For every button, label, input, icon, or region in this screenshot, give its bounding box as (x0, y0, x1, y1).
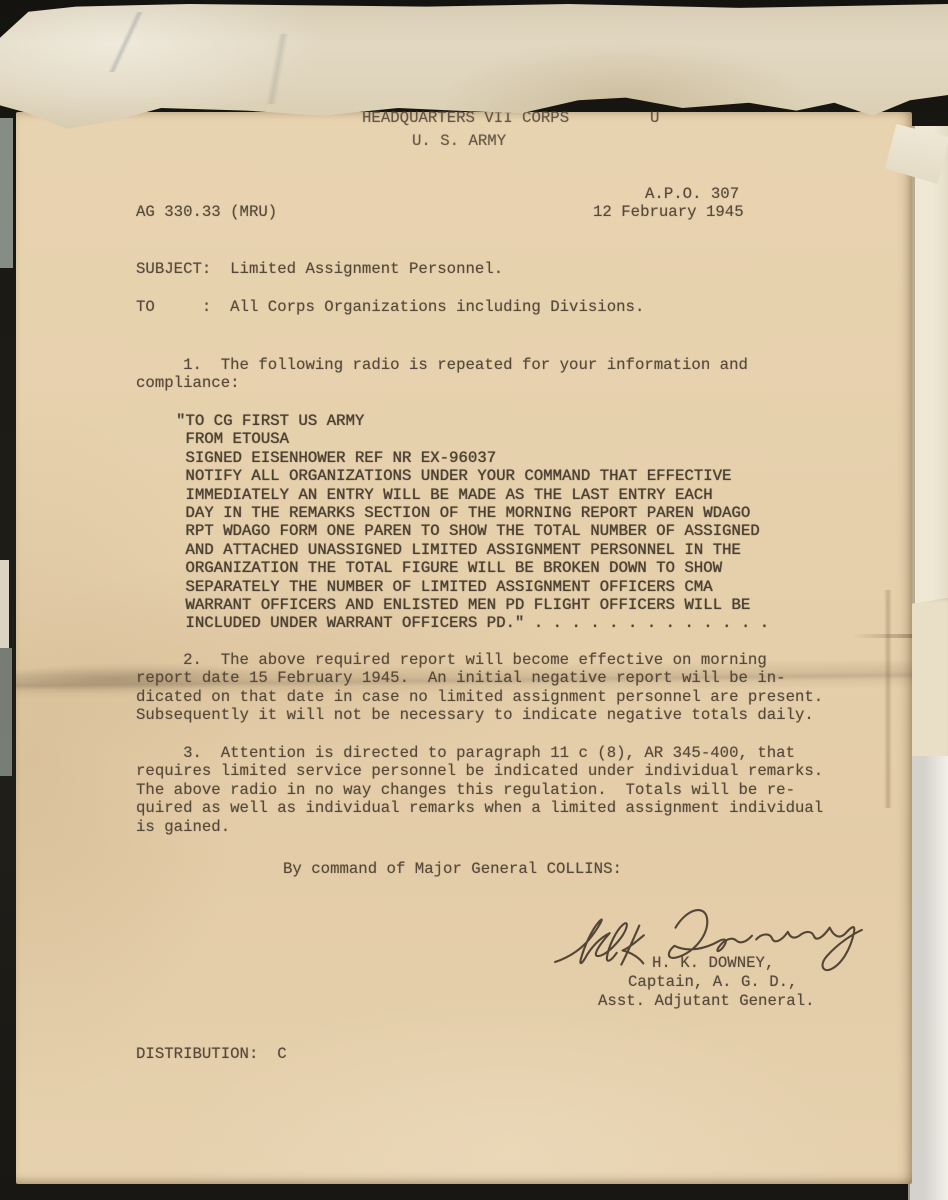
signatory-name: H. K. DOWNEY, (652, 954, 774, 972)
paragraph-3: 3. Attention is directed to paragraph 11… (136, 744, 823, 836)
command-line: By command of Major General COLLINS: (283, 860, 622, 878)
underlying-sheet-edge-lower (908, 756, 948, 1200)
page-curl-shadow (852, 634, 912, 638)
paragraph-1: 1. The following radio is repeated for y… (136, 356, 748, 393)
left-edge-sheet-sliver (0, 560, 9, 648)
left-edge-sheet-sliver (0, 118, 13, 268)
letterhead-line2: U. S. ARMY (412, 132, 506, 150)
file-reference: AG 330.33 (MRU) (136, 203, 277, 221)
radio-message-block: "TO CG FIRST US ARMY FROM ETOUSA SIGNED … (176, 412, 769, 633)
scanned-document: HEADQUARTERS VII CORPS U U. S. ARMY A.P.… (0, 0, 948, 1200)
page-curl-shadow (884, 590, 892, 808)
to-line: TO : All Corps Organizations including D… (136, 298, 644, 316)
paragraph-2: 2. The above required report will become… (136, 651, 823, 725)
distribution-line: DISTRIBUTION: C (136, 1045, 287, 1063)
left-edge-sheet-sliver (0, 648, 12, 776)
apo-number: A.P.O. 307 (645, 185, 739, 203)
letterhead-line1: HEADQUARTERS VII CORPS (362, 109, 569, 127)
date-line: 12 February 1945 (593, 203, 744, 221)
signatory-rank: Captain, A. G. D., (628, 973, 797, 991)
letterhead-stray-mark: U (650, 109, 659, 127)
subject-line: SUBJECT: Limited Assignment Personnel. (136, 260, 503, 278)
paper-crack-mark (150, 34, 410, 104)
signatory-title: Asst. Adjutant General. (598, 992, 815, 1010)
